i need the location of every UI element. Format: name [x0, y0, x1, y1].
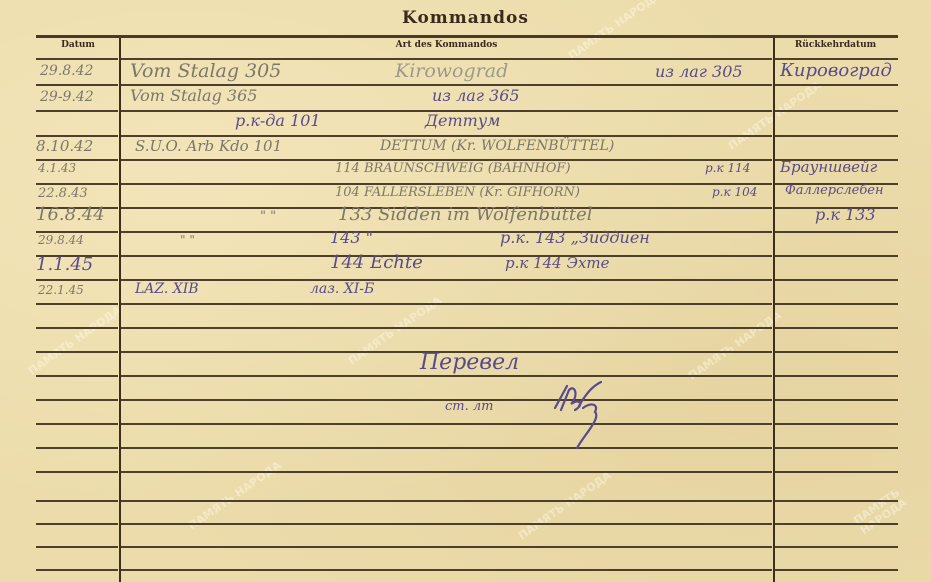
row-entry: из лаг 365	[432, 88, 520, 104]
row-entry: р.к 104	[712, 186, 757, 198]
row-rule	[36, 110, 118, 112]
row-rule	[775, 523, 898, 525]
row-rule	[36, 183, 118, 185]
row-rule	[775, 423, 898, 425]
row-rule	[775, 399, 898, 401]
row-entry: р.к. 143 „Зиддиен	[500, 230, 650, 246]
row-date: 29.8.42	[40, 64, 93, 78]
row-rule	[36, 546, 118, 548]
header-top-rule	[36, 35, 898, 38]
row-rule	[775, 351, 898, 353]
row-rule	[775, 135, 898, 137]
row-date: 16.8.44	[36, 206, 105, 224]
column-divider	[119, 38, 121, 582]
row-rule	[36, 84, 118, 86]
row-rule	[121, 327, 772, 329]
row-date: 22.1.45	[38, 284, 84, 296]
row-entry: из лаг 305	[655, 64, 743, 80]
row-entry: DETTUM (Kr. WOLFENBÜTTEL)	[380, 139, 614, 153]
column-header-return-date: Rückkehrdatum	[773, 40, 898, 50]
row-rule	[36, 447, 118, 449]
row-rule	[121, 500, 772, 502]
watermark: ПАМЯТЬ НАРОДА	[687, 309, 784, 382]
row-rule	[775, 84, 898, 86]
column-divider	[773, 38, 775, 582]
row-date: 22.8.43	[38, 187, 88, 200]
row-rule	[36, 303, 118, 305]
row-entry: 114 BRAUNSCHWEIG (BAHNHOF)	[335, 162, 571, 175]
row-return-date: Фаллерслебен	[785, 184, 884, 197]
row-rule	[121, 523, 772, 525]
row-entry: р.к 114	[705, 162, 750, 174]
row-entry: " "	[260, 210, 276, 223]
row-rule	[775, 279, 898, 281]
row-rule	[36, 399, 118, 401]
row-entry: лаз. XI-Б	[310, 282, 374, 296]
row-rule	[775, 546, 898, 548]
row-entry: LAZ. XIB	[135, 282, 199, 296]
row-rule	[36, 471, 118, 473]
row-date: 8.10.42	[36, 139, 93, 154]
row-entry: р.к 133	[815, 207, 876, 223]
row-rule	[36, 58, 118, 60]
watermark: ПАМЯТЬ НАРОДА	[517, 469, 614, 542]
row-rule	[775, 569, 898, 571]
row-rule	[36, 279, 118, 281]
row-rule	[775, 255, 898, 257]
row-rule	[775, 303, 898, 305]
row-rule	[121, 546, 772, 548]
row-entry: Vom Stalag 365	[130, 88, 257, 104]
row-entry: S.U.O. Arb Kdo 101	[135, 139, 282, 154]
row-rule	[36, 327, 118, 329]
row-rule	[775, 110, 898, 112]
row-rule	[775, 231, 898, 233]
column-header-kind: Art des Kommandos	[120, 40, 773, 50]
row-return-date: Кировоград	[780, 62, 892, 80]
row-entry: Vom Stalag 305	[130, 62, 281, 81]
row-date: 4.1.43	[38, 162, 76, 174]
watermark: ПАМЯТЬ НАРОДА	[727, 79, 824, 152]
row-rule	[36, 423, 118, 425]
row-rule	[775, 327, 898, 329]
row-rule	[121, 375, 772, 377]
row-entry: 104 FALLERSLEBEN (Kr. GIFHORN)	[335, 186, 580, 199]
row-rule	[121, 471, 772, 473]
row-rule	[121, 303, 772, 305]
row-rule	[775, 447, 898, 449]
document-page: ПАМЯТЬ НАРОДА ПАМЯТЬ НАРОДА ПАМЯТЬ НАРОД…	[0, 0, 931, 582]
row-rule	[36, 375, 118, 377]
row-rule	[121, 569, 772, 571]
row-rule	[121, 231, 772, 233]
row-rule	[36, 569, 118, 571]
translator-rank: ст. лт	[445, 400, 493, 413]
row-rule	[775, 471, 898, 473]
row-rule	[775, 500, 898, 502]
row-rule	[121, 423, 772, 425]
row-rule	[121, 447, 772, 449]
row-return-date: Брауншвейг	[780, 160, 877, 175]
row-entry: 144 Echte	[330, 254, 423, 272]
row-date: 29-9.42	[40, 90, 94, 104]
row-rule	[36, 351, 118, 353]
row-entry: р.к 144 Эхте	[505, 256, 610, 271]
row-rule	[36, 500, 118, 502]
row-entry: " "	[180, 234, 195, 246]
watermark: ПАМЯТЬ НАРОДА	[27, 304, 124, 377]
translator-note: Перевел	[420, 352, 519, 374]
column-header-date: Datum	[36, 40, 120, 50]
row-rule	[121, 279, 772, 281]
row-entry: Деттум	[425, 113, 500, 129]
watermark: ПАМЯТЬ НАРОДА	[832, 473, 929, 551]
row-date: 29.8.44	[38, 234, 84, 246]
row-entry: р.к-да 101	[235, 113, 321, 129]
row-entry: Kirowograd	[395, 62, 508, 81]
signature-icon	[545, 378, 615, 450]
page-title: Kommandos	[0, 8, 931, 28]
row-entry: 143 "	[330, 230, 373, 246]
row-rule	[775, 375, 898, 377]
row-rule	[121, 255, 772, 257]
row-date: 1.1.45	[36, 256, 93, 274]
row-entry: 133 Sidden im Wolfenbüttel	[338, 206, 593, 224]
row-rule	[36, 523, 118, 525]
